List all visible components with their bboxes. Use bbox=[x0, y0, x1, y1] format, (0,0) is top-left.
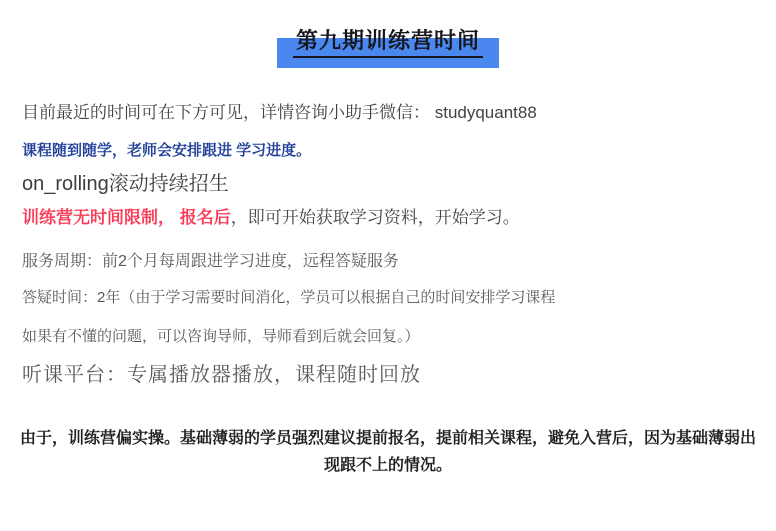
title-highlight-block: 第九期训练营时间 bbox=[277, 38, 499, 68]
service-period-line: 服务周期：前2个月每周跟进学习进度，远程答疑服务 bbox=[0, 252, 776, 272]
training-camp-document: 第九期训练营时间 目前最近的时间可在下方可见，详情咨询小助手微信： studyq… bbox=[0, 0, 776, 531]
no-time-limit-emphasis: 训练营无时间限制， 报名后 bbox=[22, 208, 231, 227]
qa-time-line-2: 如果有不懂的问题，可以咨询导师，导师看到后就会回复。） bbox=[0, 327, 776, 347]
intro-line: 目前最近的时间可在下方可见，详情咨询小助手微信： studyquant88 bbox=[0, 102, 776, 124]
course-note-line: 课程随到随学，老师会安排跟进 学习进度。 bbox=[0, 141, 776, 161]
no-time-limit-rest: ，即可开始获取学习资料，开始学习。 bbox=[231, 208, 520, 227]
no-time-limit-line: 训练营无时间限制， 报名后，即可开始获取学习资料，开始学习。 bbox=[0, 206, 776, 229]
warning-paragraph: 由于，训练营偏实操。基础薄弱的学员强烈建议提前报名，提前相关课程，避免入营后，因… bbox=[0, 425, 776, 479]
title-row: 第九期训练营时间 bbox=[0, 0, 776, 68]
platform-line: 听课平台：专属播放器播放，课程随时回放 bbox=[0, 362, 776, 388]
rolling-enrollment-line: on_rolling滚动持续招生 bbox=[0, 171, 776, 197]
page-title: 第九期训练营时间 bbox=[293, 30, 483, 58]
qa-time-line-1: 答疑时间：2年（由于学习需要时间消化，学员可以根据自己的时间安排学习课程 bbox=[0, 288, 776, 308]
